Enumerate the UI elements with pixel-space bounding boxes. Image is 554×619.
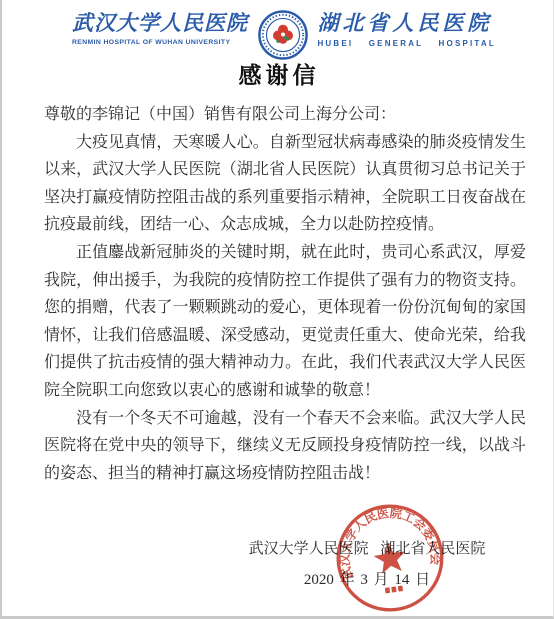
paragraph-1: 大疫见真情，天寒暖人心。自新型冠状病毒感染的肺炎疫情发生以来，武汉大学人民医院（… [44, 129, 526, 239]
thank-you-letter-page: 武汉大学人民医院 RENMIN HOSPITAL OF WUHAN UNIVER… [0, 0, 554, 619]
letterhead-left-cn: 武汉大学人民医院 [72, 10, 248, 36]
letter-title: 感谢信 [2, 57, 554, 90]
paragraph-3: 没有一个冬天不可逾越，没有一个春天不会来临。武汉大学人民医院将在党中央的领导下，… [44, 405, 526, 488]
letterhead-left-en: RENMIN HOSPITAL OF WUHAN UNIVERSITY [72, 39, 248, 46]
letterhead-right: 湖北省人民医院 HUBEI GENERAL HOSPITAL [317, 10, 496, 48]
paragraph-2: 正值鏖战新冠肺炎的关键时期，就在此时，贵司心系武汉，厚爱我院，伸出援手，为我院的… [44, 239, 526, 405]
letter-body: 尊敬的李锦记（中国）销售有限公司上海分公司： 大疫见真情，天寒暖人心。自新型冠状… [44, 101, 526, 487]
letterhead-left: 武汉大学人民医院 RENMIN HOSPITAL OF WUHAN UNIVER… [72, 10, 248, 46]
official-seal-stamp-icon: 武汉大学人民医院工会委员会 [327, 495, 453, 619]
salutation-line: 尊敬的李锦记（中国）销售有限公司上海分公司： [44, 101, 526, 129]
hospital-logo-icon [258, 10, 308, 60]
seal-bottom-mark [385, 585, 403, 593]
letterhead-right-cn: 湖北省人民医院 [317, 10, 496, 36]
letterhead: 武汉大学人民医院 RENMIN HOSPITAL OF WUHAN UNIVER… [72, 10, 496, 60]
seal-ring-text: 武汉大学人民医院工会委员会 [330, 498, 445, 581]
seal-star-icon [372, 540, 408, 575]
letterhead-right-en: HUBEI GENERAL HOSPITAL [317, 39, 496, 48]
svg-text:武汉大学人民医院工会委员会: 武汉大学人民医院工会委员会 [330, 498, 445, 581]
